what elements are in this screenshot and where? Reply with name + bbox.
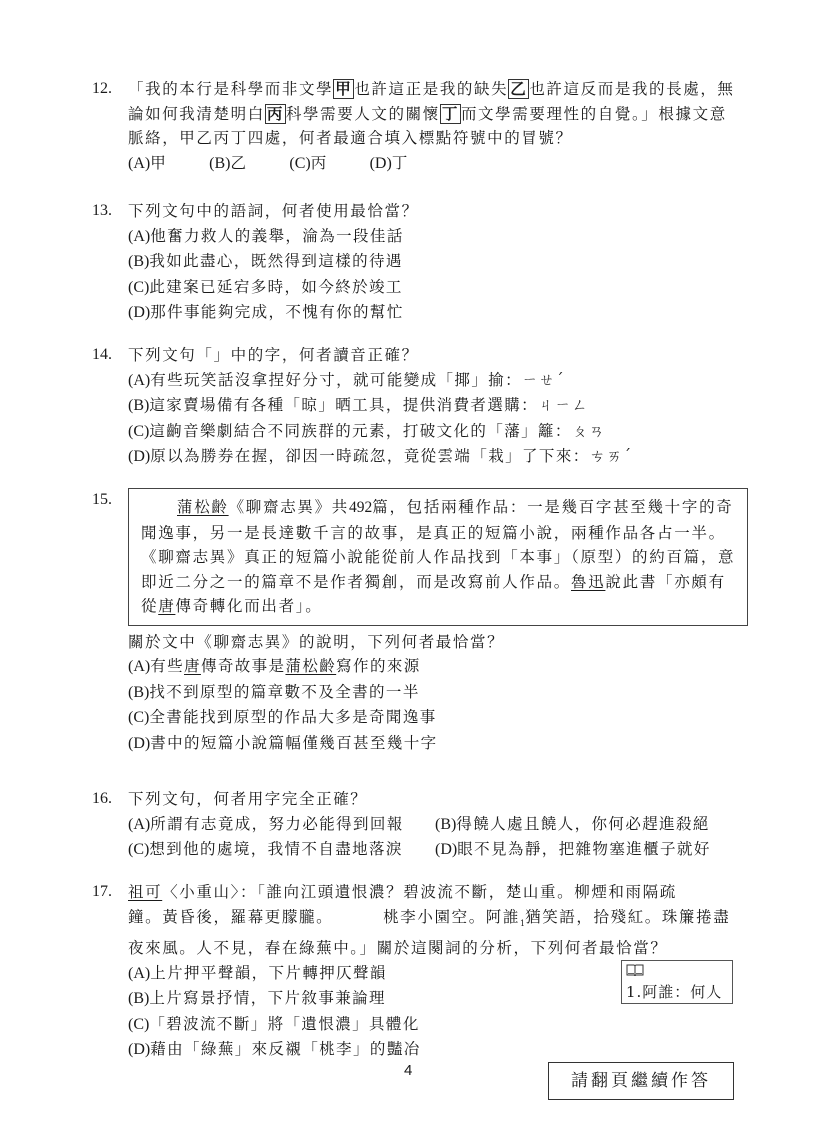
option-a[interactable]: (A)有些唐傳奇故事是蒲松齡寫作的來源 [128, 654, 742, 680]
footnote-text: 1.阿誰：何人 [626, 983, 722, 1001]
question-15: 15. 蒲松齡《聊齋志異》共492篇，包括兩種作品：一是幾百字甚至幾十字的奇聞逸… [92, 488, 742, 756]
options: (A)甲 (B)乙 (C)丙 (D)丁 [128, 151, 742, 177]
option-a[interactable]: (A)所謂有志竟成，努力必能得到回報 [128, 812, 435, 838]
exam-page: 12. 「我的本行是科學而非文學甲也許這正是我的缺失乙也許這反而是我的長處，無論… [0, 0, 827, 1142]
boxed-marker-yi: 乙 [508, 79, 529, 99]
question-stem: 「我的本行是科學而非文學甲也許這正是我的缺失乙也許這反而是我的長處，無論如何我清… [128, 77, 742, 151]
option-b[interactable]: (B)這家賣場備有各種「晾」晒工具，提供消費者選購：ㄐㄧㄥ [128, 393, 742, 419]
option-b[interactable]: (B)我如此盡心，既然得到這樣的待遇 [128, 249, 742, 275]
option-c[interactable]: (C)丙 [289, 151, 327, 177]
question-number: 12. [92, 77, 112, 102]
reading-passage: 蒲松齡《聊齋志異》共492篇，包括兩種作品：一是幾百字甚至幾十字的奇聞逸事，另一… [128, 488, 748, 626]
question-stem: 下列文句「」中的字，何者讀音正確？ [128, 343, 742, 368]
author-name: 蒲松齡 [177, 498, 229, 516]
question-number: 14. [92, 343, 112, 368]
question-14: 14. 下列文句「」中的字，何者讀音正確？ (A)有些玩笑話沒拿捏好分寸，就可能… [92, 343, 742, 470]
option-c[interactable]: (C)「碧波流不斷」將「遺恨濃」具體化 [128, 1012, 742, 1038]
option-c[interactable]: (C)全書能找到原型的作品大多是奇聞逸事 [128, 705, 742, 731]
boxed-marker-jia: 甲 [333, 79, 354, 99]
question-13: 13. 下列文句中的語詞，何者使用最恰當？ (A)他奮力救人的義舉，淪為一段佳話… [92, 199, 742, 326]
option-d[interactable]: (D)丁 [370, 151, 409, 177]
question-number: 17. [92, 880, 112, 905]
option-c[interactable]: (C)想到他的處境，我情不自盡地落淚 [128, 837, 435, 863]
question-stem: 關於文中《聊齋志異》的說明，下列何者最恰當？ [128, 630, 742, 655]
question-number: 13. [92, 199, 112, 224]
author-name: 祖可 [128, 883, 162, 901]
boxed-marker-ding: 丁 [440, 104, 461, 124]
option-b[interactable]: (B)找不到原型的篇章數不及全書的一半 [128, 680, 742, 706]
option-a[interactable]: (A)甲 [128, 151, 167, 177]
footnote-box: 1.阿誰：何人 [621, 960, 733, 1004]
option-d[interactable]: (D)書中的短篇小說篇幅僅幾百甚至幾十字 [128, 731, 742, 757]
option-d[interactable]: (D)眼不見為靜，把雜物塞進櫃子就好 [435, 837, 742, 863]
book-icon [626, 963, 728, 982]
question-16: 16. 下列文句，何者用字完全正確？ (A)所謂有志竟成，努力必能得到回報 (B… [92, 787, 742, 863]
option-d[interactable]: (D)那件事能夠完成，不愧有你的幫忙 [128, 300, 742, 326]
question-number: 16. [92, 787, 112, 812]
question-stem: 下列文句中的語詞，何者使用最恰當？ [128, 199, 742, 224]
option-a[interactable]: (A)他奮力救人的義舉，淪為一段佳話 [128, 224, 742, 250]
question-stem: 祖可〈小重山〉：「誰向江頭遺恨濃？碧波流不斷，楚山重。柳煙和雨隔疏 鐘。黃昏後，… [128, 880, 742, 961]
option-a[interactable]: (A)有些玩笑話沒拿捏好分寸，就可能變成「揶」揄：ㄧㄝˊ [128, 368, 742, 394]
boxed-marker-bing: 丙 [265, 104, 286, 124]
critic-name: 魯迅 [571, 573, 605, 591]
question-12: 12. 「我的本行是科學而非文學甲也許這正是我的缺失乙也許這反而是我的長處，無論… [92, 77, 742, 176]
dynasty-name: 唐 [158, 597, 175, 615]
option-d[interactable]: (D)原以為勝券在握，卻因一時疏忽，竟從雲端「栽」了下來：ㄘㄞˊ [128, 444, 742, 470]
option-d[interactable]: (D)藉由「綠蕪」來反襯「桃李」的豔冶 [128, 1037, 742, 1063]
option-b[interactable]: (B)得饒人處且饒人，你何必趕進殺絕 [435, 812, 742, 838]
question-number: 15. [92, 488, 112, 513]
page-number: 4 [404, 1062, 412, 1079]
question-stem: 下列文句，何者用字完全正確？ [128, 787, 742, 812]
option-c[interactable]: (C)這齣音樂劇結合不同族群的元素，打破文化的「藩」籬：ㄆㄢ [128, 419, 742, 445]
option-b[interactable]: (B)乙 [209, 151, 247, 177]
option-c[interactable]: (C)此建案已延宕多時，如今終於竣工 [128, 275, 742, 301]
continue-notice: 請翻頁繼續作答 [548, 1062, 734, 1100]
